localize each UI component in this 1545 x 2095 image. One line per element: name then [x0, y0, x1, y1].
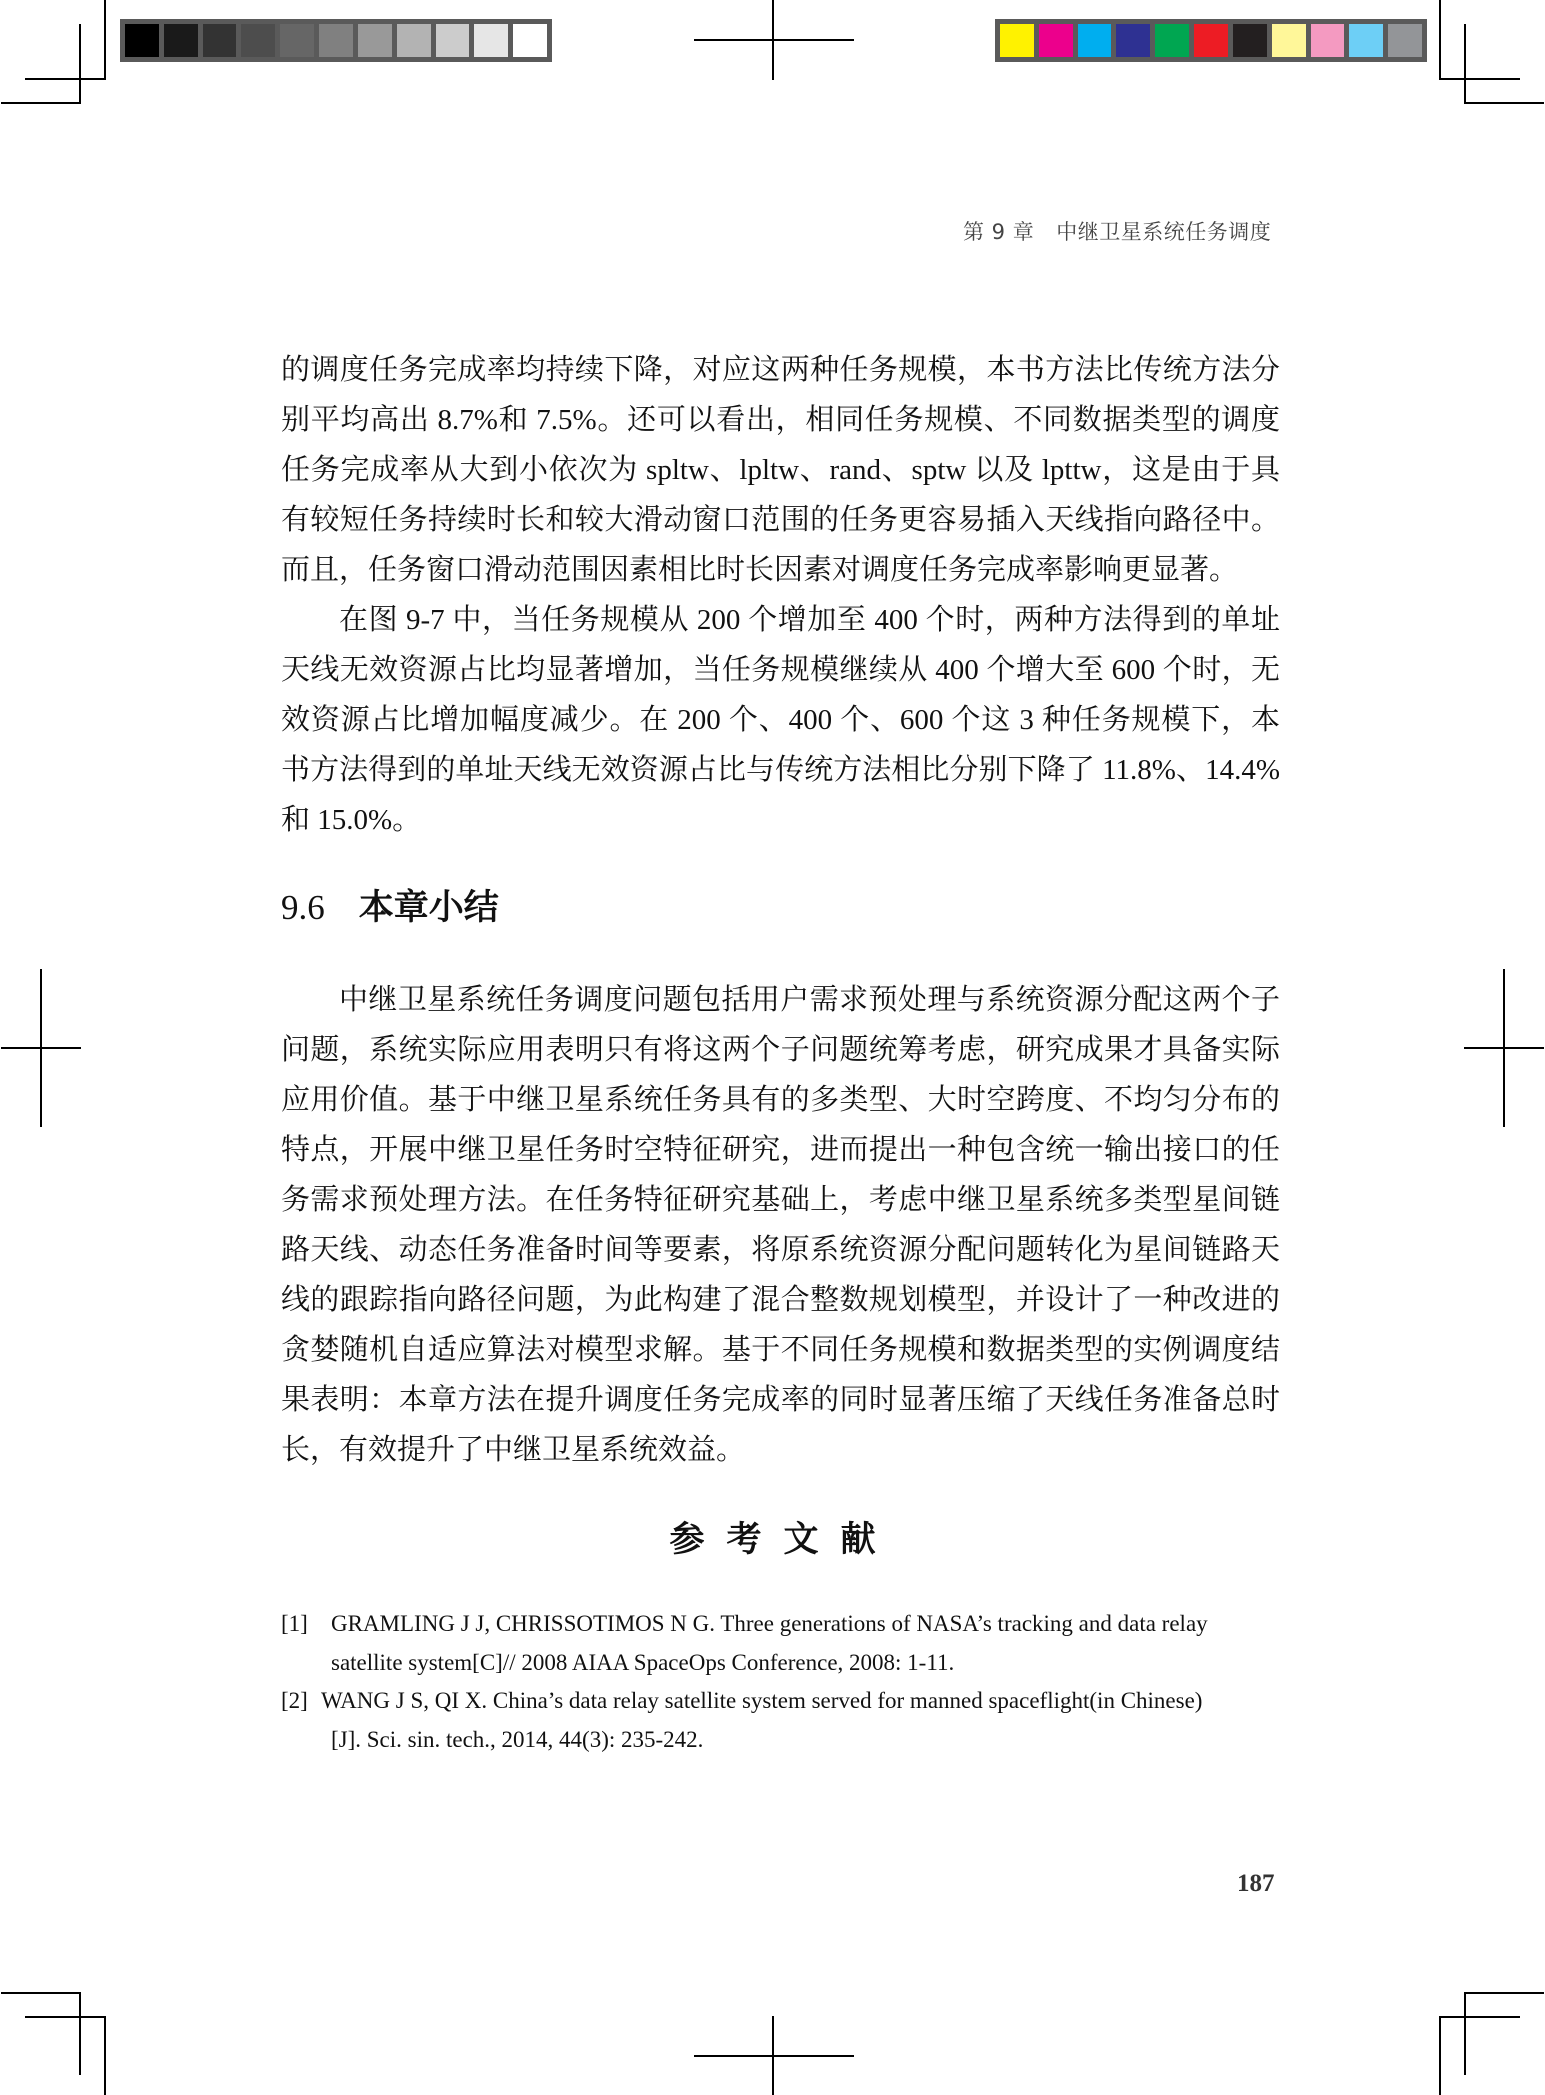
chapter-number: 第 9 章	[963, 220, 1034, 244]
crop-mark	[104, 0, 106, 80]
color-swatch	[397, 24, 431, 57]
crop-mark	[25, 2016, 106, 2018]
section-heading: 9.6本章小结	[281, 880, 499, 930]
body-paragraph-2: 在图 9-7 中，当任务规模从 200 个增加至 400 个时，两种方法得到的单…	[281, 595, 1280, 845]
color-swatch	[1349, 24, 1383, 57]
page-number: 187	[1237, 1870, 1275, 1898]
references-heading: 参考文献	[0, 1512, 1545, 1562]
section-title: 本章小结	[359, 888, 499, 927]
registration-mark	[1464, 1047, 1544, 1049]
crop-mark	[1439, 0, 1441, 80]
reference-item: [2]WANG J S, QI X. China’s data relay sa…	[281, 1682, 1280, 1759]
crop-mark	[79, 1992, 81, 2075]
color-swatch	[1000, 24, 1034, 57]
reference-text-cont: [J]. Sci. sin. tech., 2014, 44(3): 235-2…	[281, 1721, 1280, 1760]
crop-mark	[1, 1992, 81, 1994]
crop-mark	[1439, 2016, 1520, 2018]
reference-tag: [2]	[281, 1682, 321, 1721]
crop-mark	[104, 2016, 106, 2095]
crop-mark	[1464, 102, 1544, 104]
crop-mark	[79, 24, 81, 104]
chapter-title: 中继卫星系统任务调度	[1056, 220, 1271, 244]
crop-mark	[1464, 1992, 1544, 1994]
running-head: 第 9 章中继卫星系统任务调度	[963, 216, 1281, 246]
color-swatch	[164, 24, 198, 57]
reference-item: [1]GRAMLING J J, CHRISSOTIMOS N G. Three…	[281, 1605, 1280, 1682]
reference-text: WANG J S, QI X. China’s data relay satel…	[321, 1688, 1202, 1713]
crop-mark	[1439, 2016, 1441, 2095]
color-swatch	[513, 24, 547, 57]
registration-mark	[694, 39, 854, 41]
color-swatch	[1311, 24, 1345, 57]
color-swatch	[280, 24, 314, 57]
body-paragraph-1: 的调度任务完成率均持续下降，对应这两种任务规模，本书方法比传统方法分别平均高出 …	[281, 345, 1280, 595]
crop-mark	[1464, 1992, 1466, 2075]
color-swatch	[1233, 24, 1267, 57]
color-swatch	[1116, 24, 1150, 57]
crop-mark	[1, 102, 81, 104]
color-swatch	[319, 24, 353, 57]
summary-paragraph: 中继卫星系统任务调度问题包括用户需求预处理与系统资源分配这两个子问题，系统实际应…	[281, 975, 1280, 1475]
registration-mark	[1, 1047, 81, 1049]
color-swatch	[1155, 24, 1189, 57]
section-number: 9.6	[281, 888, 325, 927]
color-calibration-bar	[995, 19, 1427, 62]
reference-tag: [1]	[281, 1605, 331, 1644]
color-swatch	[1272, 24, 1306, 57]
crop-mark	[1439, 78, 1520, 80]
crop-mark	[25, 78, 106, 80]
color-swatch	[1078, 24, 1112, 57]
crop-mark	[1464, 24, 1466, 104]
color-swatch	[1388, 24, 1422, 57]
color-swatch	[125, 24, 159, 57]
registration-mark	[694, 2055, 854, 2057]
grayscale-calibration-bar	[120, 19, 552, 62]
color-swatch	[358, 24, 392, 57]
color-swatch	[1039, 24, 1073, 57]
color-swatch	[1194, 24, 1228, 57]
reference-text: GRAMLING J J, CHRISSOTIMOS N G. Three ge…	[331, 1611, 1208, 1636]
reference-text-cont: satellite system[C]// 2008 AIAA SpaceOps…	[281, 1644, 1280, 1683]
color-swatch	[474, 24, 508, 57]
color-swatch	[203, 24, 237, 57]
color-swatch	[436, 24, 470, 57]
color-swatch	[241, 24, 275, 57]
